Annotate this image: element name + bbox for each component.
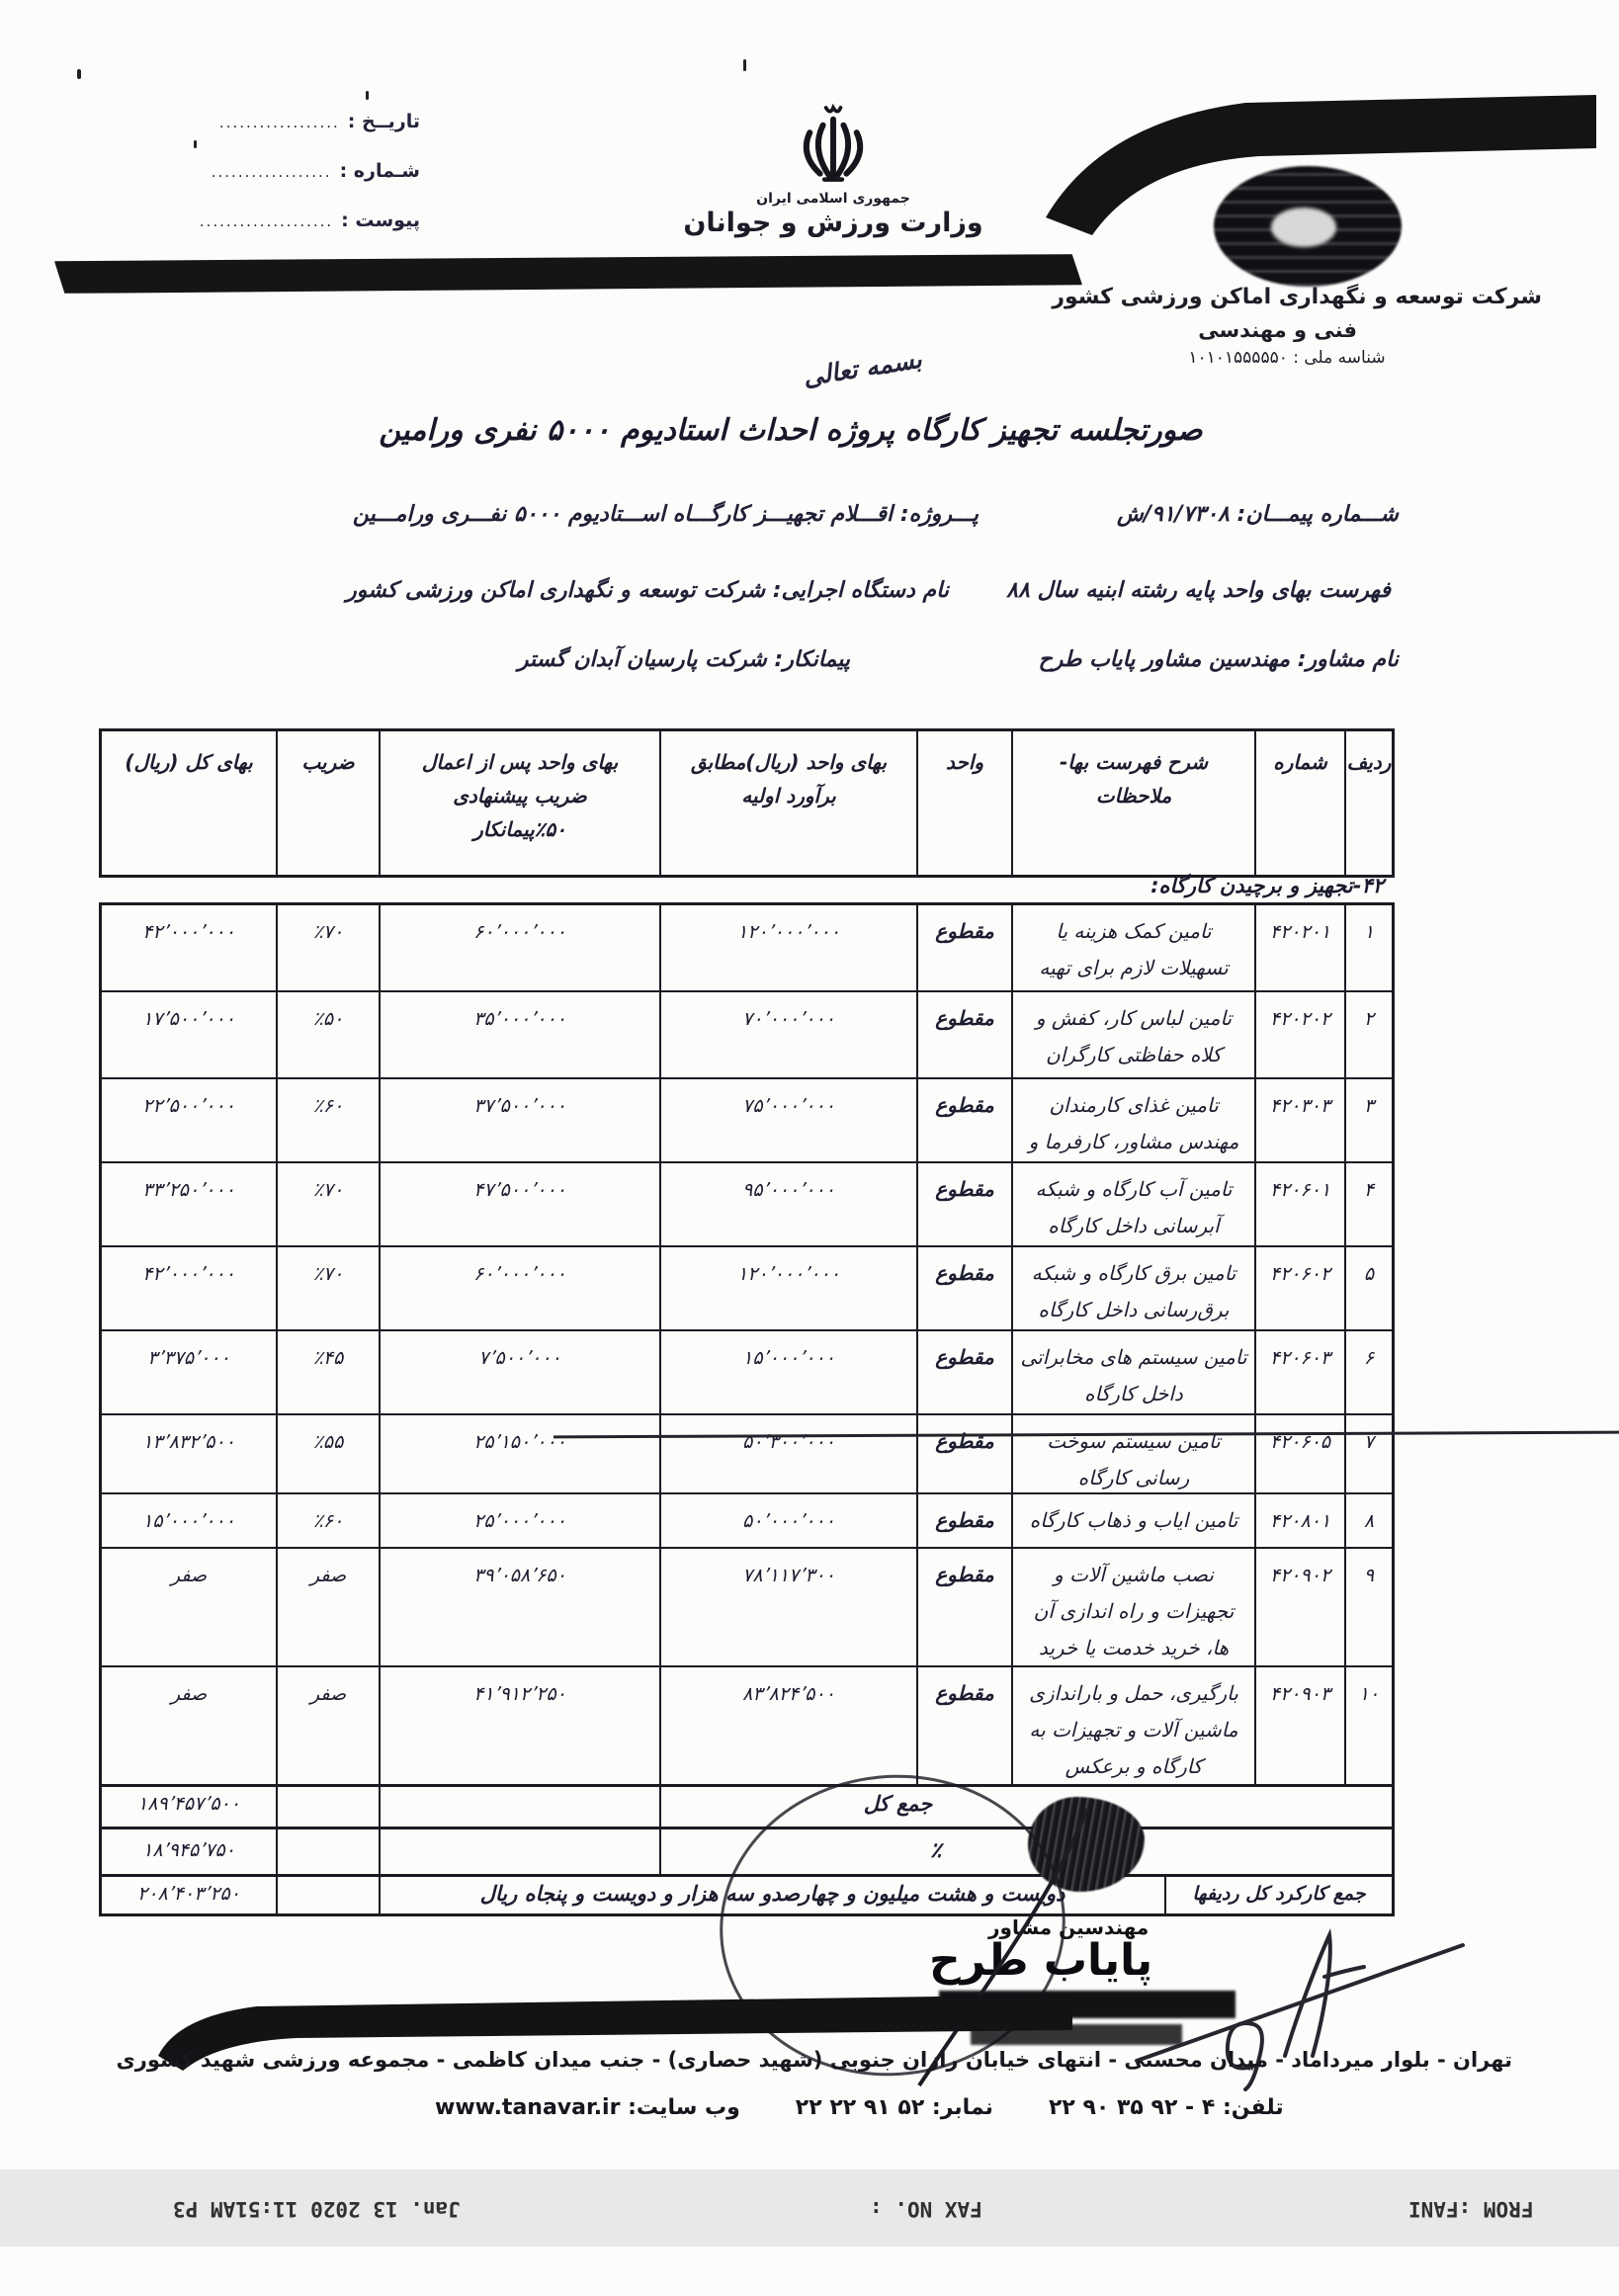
table-header: ردیف شماره شرح فهرست بها- ملاحظات واحد ب… (99, 728, 1395, 878)
cell-coefficient: ٪۷۰ (276, 905, 379, 992)
scan-speck (194, 140, 197, 148)
cell-unit: مقطوع (916, 905, 1011, 992)
cell-unit: مقطوع (916, 1079, 1011, 1163)
empty-cell (276, 1781, 379, 1827)
overall-total-value: ۲۰۸٬۴۰۳٬۲۵۰ (102, 1874, 276, 1913)
dismantle-value: ۱۸٬۹۴۵٬۷۵۰ (102, 1827, 276, 1874)
consultant-name: نام مشاور: مهندسین مشاور پایاب طرح (1039, 647, 1399, 672)
letterhead-number-row: شـماره : .................. (94, 160, 420, 182)
cell-price-after: ۷٬۵۰۰٬۰۰۰ (379, 1331, 659, 1415)
cell-number: ۴۲۰۹۰۳ (1254, 1667, 1344, 1784)
iran-emblem-icon (788, 99, 879, 190)
cell-description: بارگیری، حمل و باراندازی ماشین آلات و تج… (1011, 1667, 1254, 1784)
cell-row: ۴ (1344, 1163, 1392, 1247)
cell-number: ۴۲۰۲۰۱ (1254, 905, 1344, 992)
cell-description: تامین برق کارگاه و شبکه برق‌رسانی داخل ک… (1011, 1247, 1254, 1331)
cell-coefficient: ٪۴۵ (276, 1331, 379, 1415)
bismillah: بسمه تعالی (801, 345, 923, 392)
cell-total: ۳۳٬۲۵۰٬۰۰۰ (102, 1163, 276, 1247)
contractor-name: پیمانکار: شرکت پارسیان آبدان گستر (518, 647, 850, 672)
cell-coefficient: ٪۵۰ (276, 992, 379, 1079)
cell-unit: مقطوع (916, 992, 1011, 1079)
cell-unit: مقطوع (916, 1549, 1011, 1667)
date-dots: .................. (219, 114, 340, 131)
attachment-dots: .................... (200, 213, 333, 230)
cell-price-initial: ۷۵٬۰۰۰٬۰۰۰ (659, 1079, 916, 1163)
letterhead-date-row: تاریــخ : .................. (94, 111, 420, 132)
cell-price-after: ۴۷٬۵۰۰٬۰۰۰ (379, 1163, 659, 1247)
cell-price-initial: ۱۵٬۰۰۰٬۰۰۰ (659, 1331, 916, 1415)
cell-number: ۴۲۰۶۰۱ (1254, 1163, 1344, 1247)
ministry-title: وزارت ورزش و جوانان (675, 208, 991, 238)
cell-total: صفر (102, 1667, 276, 1784)
cell-row: ۱۰ (1344, 1667, 1392, 1784)
header-coefficient: ضریب (276, 731, 379, 875)
header-unit: واحد (916, 731, 1011, 875)
cell-price-initial: ۱۲۰٬۰۰۰٬۰۰۰ (659, 1247, 916, 1331)
cell-row: ۹ (1344, 1549, 1392, 1667)
fax-header-strip: Jan. 13 2020 11:51AM P3 FAX NO. : FROM :… (0, 2169, 1619, 2247)
cell-price-initial: ۱۲۰٬۰۰۰٬۰۰۰ (659, 905, 916, 992)
fax-datetime: Jan. 13 2020 11:51AM P3 (173, 2197, 461, 2221)
cell-number: ۴۲۰۲۰۲ (1254, 992, 1344, 1079)
cell-coefficient: ٪۶۰ (276, 1494, 379, 1549)
cell-description: تامین غذای کارمندان مهندس مشاور، کارفرما… (1011, 1079, 1254, 1163)
section-caption: ۴۲-تجهیز و برچیدن کارگاه: (1150, 874, 1384, 897)
scan-speck (743, 59, 746, 71)
header-number: شماره (1254, 731, 1344, 875)
cell-number: ۴۲۰۶۰۲ (1254, 1247, 1344, 1331)
header-unit-price-after: بهای واحد پس از اعمال ضریب پیشنهادی ۵۰٪پ… (379, 731, 659, 875)
cell-price-after: ۶۰٬۰۰۰٬۰۰۰ (379, 905, 659, 992)
price-list-reference: فهرست بهای واحد پایه رشته ابنیه سال ۸۸ (1006, 578, 1391, 603)
project-name: پـــروژه: اقـــلام تجهیـــز کارگـــاه اس… (353, 502, 979, 527)
scan-speck (77, 69, 81, 79)
overall-total-label: جمع کارکرد کل ردیفها (1164, 1874, 1392, 1913)
cell-coefficient: ٪۷۰ (276, 1163, 379, 1247)
cell-price-after: ۳۵٬۰۰۰٬۰۰۰ (379, 992, 659, 1079)
scan-band-middle (54, 254, 1082, 294)
cell-number: ۴۲۰۶۰۵ (1254, 1415, 1344, 1494)
cell-coefficient: ٪۵۵ (276, 1415, 379, 1494)
cell-price-initial: ۷۰٬۰۰۰٬۰۰۰ (659, 992, 916, 1079)
cell-total: ۱۵٬۰۰۰٬۰۰۰ (102, 1494, 276, 1549)
footer-fax: نمابر: ۵۲ ۹۱ ۲۲ ۲۲ (796, 2095, 993, 2120)
cell-total: ۴۲٬۰۰۰٬۰۰۰ (102, 1247, 276, 1331)
scan-speck (366, 91, 369, 100)
number-dots: .................. (212, 163, 332, 181)
cell-description: تامین لباس کار، کفش و کلاه حفاظتی کارگرا… (1011, 992, 1254, 1079)
cell-row: ۲ (1344, 992, 1392, 1079)
cell-price-initial: ۵۰٬۰۰۰٬۰۰۰ (659, 1494, 916, 1549)
header-unit-price-initial: بهای واحد (ریال)مطابق برآورد اولیه (659, 731, 916, 875)
cell-description: تامین آب کارگاه و شبکه آبرسانی داخل کارگ… (1011, 1163, 1254, 1247)
fax-number-label: FAX NO. : (870, 2197, 982, 2221)
cell-total: صفر (102, 1549, 276, 1667)
cell-coefficient: صفر (276, 1667, 379, 1784)
cell-number: ۴۲۰۸۰۱ (1254, 1494, 1344, 1549)
footer-website: وب سایت: www.tanavar.ir (435, 2095, 740, 2120)
header-total-price: بهای کل (ریال) (102, 731, 276, 875)
cell-coefficient: ٪۶۰ (276, 1079, 379, 1163)
cell-total: ۱۷٬۵۰۰٬۰۰۰ (102, 992, 276, 1079)
cell-coefficient: صفر (276, 1549, 379, 1667)
ministry-subtitle: جمهوری اسلامی ایران (724, 191, 942, 207)
cell-row: ۷ (1344, 1415, 1392, 1494)
cell-row: ۶ (1344, 1331, 1392, 1415)
cell-description: نصب ماشین آلات و تجهیزات و راه اندازی آن… (1011, 1549, 1254, 1667)
cell-total: ۳٬۳۷۵٬۰۰۰ (102, 1331, 276, 1415)
cell-row: ۸ (1344, 1494, 1392, 1549)
attachment-label: پیوست : (341, 210, 420, 231)
cell-number: ۴۲۰۹۰۲ (1254, 1549, 1344, 1667)
empty-cell (379, 1827, 659, 1874)
cell-number: ۴۲۰۳۰۳ (1254, 1079, 1344, 1163)
cell-unit: مقطوع (916, 1415, 1011, 1494)
footer-phone: تلفن: ۴ - ۹۲ ۳۵ ۹۰ ۲۲ (1049, 2095, 1284, 2120)
cell-total: ۱۳٬۸۳۲٬۵۰۰ (102, 1415, 276, 1494)
empty-cell (379, 1781, 659, 1827)
cell-unit: مقطوع (916, 1247, 1011, 1331)
scanned-document-page: تاریــخ : .................. شـماره : ..… (0, 0, 1619, 2296)
cell-row: ۳ (1344, 1079, 1392, 1163)
cell-price-after: ۴۱٬۹۱۲٬۲۵۰ (379, 1667, 659, 1784)
grand-total-row: جمع کل ۱۸۹٬۴۵۷٬۵۰۰ (99, 1781, 1395, 1829)
cell-row: ۱ (1344, 905, 1392, 992)
footer-contact-row: تلفن: ۴ - ۹۲ ۳۵ ۹۰ ۲۲ نمابر: ۵۲ ۹۱ ۲۲ ۲۲… (435, 2095, 1284, 2120)
number-label: شـماره : (340, 160, 420, 182)
empty-cell (276, 1874, 379, 1913)
cell-coefficient: ٪۷۰ (276, 1247, 379, 1331)
cell-price-after: ۳۹٬۰۵۸٬۶۵۰ (379, 1549, 659, 1667)
header-description: شرح فهرست بها- ملاحظات (1011, 731, 1254, 875)
cell-total: ۲۲٬۵۰۰٬۰۰۰ (102, 1079, 276, 1163)
cell-row: ۵ (1344, 1247, 1392, 1331)
cell-description: تامین کمک هزینه یا تسهیلات لازم برای تهی… (1011, 905, 1254, 992)
fax-from: FROM :FANI (1408, 2197, 1533, 2221)
contract-number: شـــماره پیمـــان: ۹۱/۷۳۰۸/ش (1117, 502, 1399, 527)
company-division: فنی و مهندسی (1213, 318, 1357, 342)
cell-unit: مقطوع (916, 1494, 1011, 1549)
cell-price-initial: ۷۸٬۱۱۷٬۳۰۰ (659, 1549, 916, 1667)
cell-price-after: ۲۵٬۰۰۰٬۰۰۰ (379, 1494, 659, 1549)
cell-unit: مقطوع (916, 1163, 1011, 1247)
header-row: ردیف (1344, 731, 1392, 875)
company-logo-stamp (1214, 166, 1402, 287)
cell-price-initial: ۸۳٬۸۲۴٬۵۰۰ (659, 1667, 916, 1784)
footer-address: تهران - بلوار میرداماد - میدان محسنی - ا… (128, 2048, 1512, 2072)
cell-price-after: ۳۷٬۵۰۰٬۰۰۰ (379, 1079, 659, 1163)
cell-total: ۴۲٬۰۰۰٬۰۰۰ (102, 905, 276, 992)
cell-price-initial: ۵۰٬۳۰۰٬۰۰۰ (659, 1415, 916, 1494)
document-title: صورتجلسه تجهیز کارگاه پروژه احداث استادی… (297, 413, 1285, 448)
cell-description: تامین سیستم های مخابراتی داخل کارگاه (1011, 1331, 1254, 1415)
cell-unit: مقطوع (916, 1667, 1011, 1784)
cell-number: ۴۲۰۶۰۳ (1254, 1331, 1344, 1415)
company-name: شرکت توسعه و نگهداری اماکن ورزشی کشور (1127, 285, 1542, 309)
empty-cell (276, 1827, 379, 1874)
cell-description: تامین سیستم سوخت رسانی کارگاه (1011, 1415, 1254, 1494)
cell-description: تامین ایاب و ذهاب کارگاه (1011, 1494, 1254, 1549)
cell-unit: مقطوع (916, 1331, 1011, 1415)
cell-price-after: ۲۵٬۱۵۰٬۰۰۰ (379, 1415, 659, 1494)
cell-price-after: ۶۰٬۰۰۰٬۰۰۰ (379, 1247, 659, 1331)
cell-price-initial: ۹۵٬۰۰۰٬۰۰۰ (659, 1163, 916, 1247)
executive-body: نام دستگاه اجرایی: شرکت توسعه و نگهداری … (346, 578, 949, 603)
letterhead-attachment-row: پیوست : .................... (94, 210, 420, 231)
date-label: تاریــخ : (348, 111, 420, 132)
grand-total-value: ۱۸۹٬۴۵۷٬۵۰۰ (102, 1781, 276, 1827)
table-body: ۱۴۲۰۲۰۱تامین کمک هزینه یا تسهیلات لازم ب… (99, 902, 1395, 1787)
company-national-id: شناسه ملی : ۱۰۱۰۱۵۵۵۵۵۰ (1183, 348, 1391, 368)
